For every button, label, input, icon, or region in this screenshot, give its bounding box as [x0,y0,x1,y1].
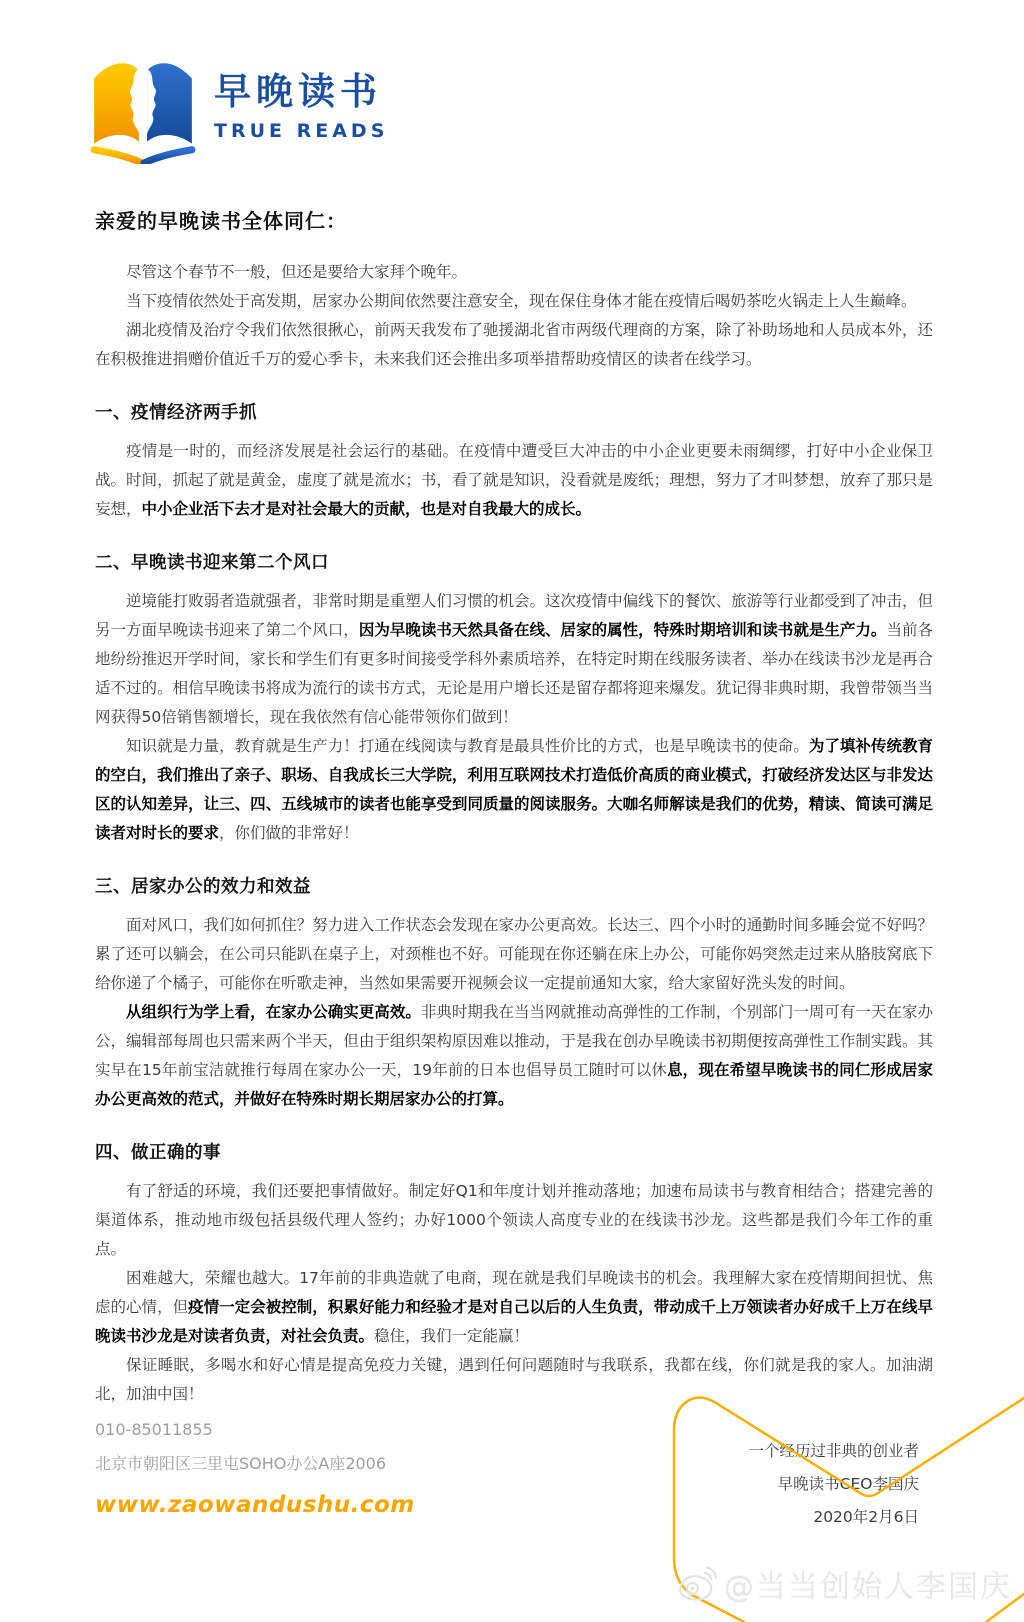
weibo-icon [678,1566,718,1602]
text-run: ，你们做的非常好！ [219,824,359,842]
text-run: 有了舒适的环境，我们还要把事情做好。制定好Q1和年度计划并推动落地；加速布局读书… [95,1182,933,1258]
section-paragraph: 知识就是力量，教育就是生产力！打通在线阅读与教育是最具性价比的方式，也是早晚读书… [95,732,933,848]
bold-text-run: 因为早晚读书天然具备在线、居家的属性，特殊时期培训和读书就是生产力。 [359,621,887,639]
section-paragraph: 困难越大，荣耀也越大。17年前的非典造就了电商，现在就是我们早晚读书的机会。我理… [95,1264,933,1351]
open-book-faces-icon [88,50,198,164]
intro-paragraph: 当下疫情依然处于高发期，居家办公期间依然要注意安全，现在保住身体才能在疫情后喝奶… [95,287,933,316]
text-run: 尽管这个春节不一般，但还是要给大家拜个晚年。 [126,263,467,281]
section-paragraph: 有了舒适的环境，我们还要把事情做好。制定好Q1和年度计划并推动落地；加速布局读书… [95,1177,933,1264]
footer-phone: 010-85011855 [95,1422,415,1438]
section-heading-3: 三、居家办公的效力和效益 [95,873,933,898]
bold-text-run: 中小企业活下去才是对社会最大的贡献，也是对自我最大的成长。 [142,500,592,518]
footer-website-link[interactable]: www.zaowandushu.com [95,1492,415,1518]
footer: 010-85011855 北京市朝阳区三里屯SOHO办公A座2006 www.z… [95,1422,415,1518]
intro-paragraph: 尽管这个春节不一般，但还是要给大家拜个晚年。 [95,258,933,287]
brand-logo: 早晚读书 TRUE READS [88,50,388,164]
footer-address: 北京市朝阳区三里屯SOHO办公A座2006 [95,1456,415,1472]
intro-paragraph: 湖北疫情及治疗令我们依然很揪心，前两天我发布了驰援湖北省市两级代理商的方案，除了… [95,316,933,374]
section-paragraph: 从组织行为学上看，在家办公确实更高效。非典时期我在当当网就推动高弹性的工作制，个… [95,998,933,1114]
watermark-text: @当当创始人李国庆 [724,1562,1012,1606]
text-run: 面对风口，我们如何抓住？努力进入工作状态会发现在家办公更高效。长达三、四个小时的… [95,916,933,992]
section-heading-1: 一、疫情经济两手抓 [95,399,933,424]
section-paragraph: 疫情是一时的，而经济发展是社会运行的基础。在疫情中遭受巨大冲击的中小企业更要未雨… [95,437,933,524]
section-paragraph: 逆境能打败弱者造就强者，非常时期是重塑人们习惯的机会。这次疫情中偏线下的餐饮、旅… [95,587,933,732]
letter-salutation: 亲爱的早晚读书全体同仁： [95,205,933,234]
brand-wordmark: 早晚读书 TRUE READS [214,72,388,142]
text-run: 当下疫情依然处于高发期，居家办公期间依然要注意安全，现在保住身体才能在疫情后喝奶… [126,292,917,310]
brand-name-en: TRUE READS [214,120,388,142]
text-run: 湖北疫情及治疗令我们依然很揪心，前两天我发布了驰援湖北省市两级代理商的方案，除了… [95,321,933,368]
text-run: 稳住，我们一定能赢！ [374,1327,529,1345]
weibo-watermark: @当当创始人李国庆 [678,1562,1012,1606]
brand-name-cn: 早晚读书 [214,72,388,113]
section-heading-4: 四、做正确的事 [95,1139,933,1164]
text-run: 知识就是力量，教育就是生产力！打通在线阅读与教育是最具性价比的方式，也是早晚读书… [126,737,809,755]
letter-body: 亲爱的早晚读书全体同仁： 尽管这个春节不一般，但还是要给大家拜个晚年。 当下疫情… [95,205,933,1534]
section-heading-2: 二、早晚读书迎来第二个风口 [95,549,933,574]
bold-text-run: 从组织行为学上看，在家办公确实更高效。 [126,1003,421,1021]
section-paragraph: 面对风口，我们如何抓住？努力进入工作状态会发现在家办公更高效。长达三、四个小时的… [95,911,933,998]
